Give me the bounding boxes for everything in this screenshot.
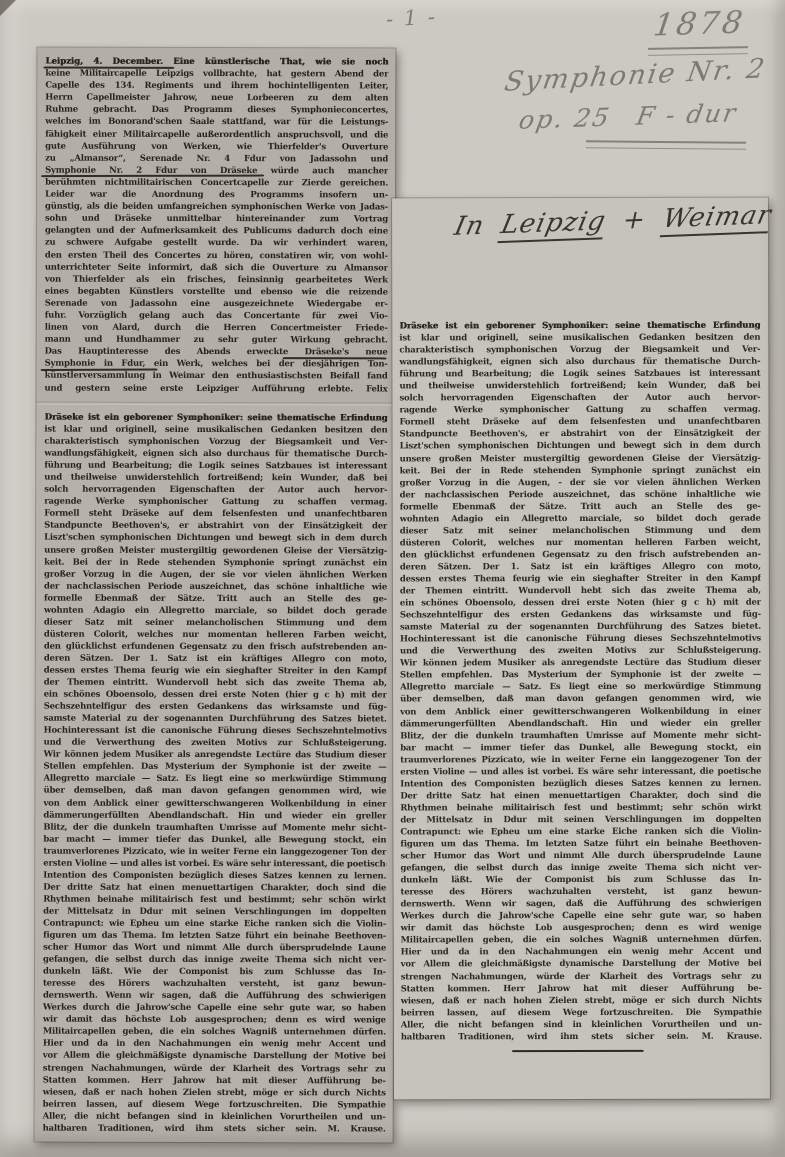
text-line: deren Sätzen. Der 1. Satz ist ein kräfti… — [400, 561, 761, 574]
text-line: wir damit das höchste Lob ausgesprochen;… — [401, 922, 762, 935]
scan-corner-artifact — [0, 0, 16, 16]
text-line: eines begabten Künstlers vorstellte und … — [45, 285, 388, 298]
text-line: Werkes durch die Jahrow'sche Capelle ein… — [401, 910, 762, 923]
text-line: keit. Bei der in Rede stehenden Symphoni… — [400, 464, 761, 477]
text-line: Capelle des 134. Regiments und ihrem hoc… — [45, 80, 388, 93]
text-line: ersten Violine — und alles ist vorbei. E… — [43, 857, 386, 870]
text-line: von dem Anblick einer gewitterschwangere… — [43, 797, 386, 810]
text-line: ragende Werke symphonischer Gattung zu s… — [399, 404, 760, 417]
text-line: düsteren Colorit, welches nur momentan h… — [400, 536, 761, 549]
text-line: und gestern seine erste Leipziger Auffüh… — [45, 382, 388, 395]
text-line: führung und Bearbeitung; die Logik seine… — [399, 368, 760, 381]
text-line: über demselben, daß man davon gefangen g… — [400, 693, 761, 706]
key-underline-mark — [586, 140, 746, 149]
text-line: Blitz, der die dunkeln traumhaften Umris… — [43, 821, 386, 834]
text-line: ein schönes Oboensolo, dessen drei erste… — [44, 689, 387, 702]
text-line: Statten kommen. Herr Jahrow hat mit dies… — [401, 982, 762, 995]
text-line: Standpuncte Beethoven's, er abstrahirt v… — [400, 428, 761, 441]
text-line: haltbaren Traditionen, wird ihm stets si… — [401, 1030, 762, 1043]
text-line: zu „Almansor“, Serenade Nr. 4 Fdur von J… — [45, 152, 388, 165]
concert-report-column: Leipzig, 4. December. Eine künstlerische… — [45, 56, 389, 396]
text-line: den ersten Theil des Concertes zu hören,… — [45, 249, 388, 262]
text-line: gefangen, die selbst durch das innige zw… — [43, 954, 386, 967]
text-line: Der dritte Satz hat einen menuettartigen… — [43, 881, 386, 894]
text-line: dessen erstes Thema feurig wie ein siegh… — [400, 573, 761, 586]
text-line: strengen Nachahmungen, würde der Klarhei… — [43, 1062, 386, 1075]
text-line: samste Material zu der sogenannten Durch… — [400, 621, 761, 634]
text-line: solch hervorragenden Eigenschaften der A… — [399, 392, 760, 405]
text-line: linen von Alard, durch die Herren Concer… — [45, 322, 388, 335]
text-line: Liszt'schen symphonischen Dichtungen und… — [44, 532, 387, 545]
text-line: düsteren Colorit, welches nur momentan h… — [44, 628, 387, 641]
text-line: ein schönes Oboensolo, dessen drei erste… — [400, 597, 761, 610]
text-line: unterrichteter Seite informirt, daß sich… — [45, 261, 388, 274]
text-line: wohnten Adagio ein Allegretto marciale, … — [400, 512, 761, 525]
text-line: traumverlorenes Pizzicato, wie in weiter… — [43, 845, 386, 858]
text-line: Intention des Componisten bezüglich dies… — [400, 777, 761, 790]
text-line: Militaircapellen geben, die ein solches … — [401, 934, 762, 947]
text-line: figuren um das Thema. Im letzten Satze f… — [400, 838, 761, 851]
text-line: Hochinteressant ist die canonische Führu… — [400, 633, 761, 646]
text-line: scher Humor das Wort und nimmt Alle durc… — [43, 942, 386, 955]
text-line: mann und Hundhammer zu sehr guter Wirkun… — [45, 334, 388, 347]
text-line: der nachclassischen Periode auszeichnet,… — [44, 580, 387, 593]
text-line: fuhr. Vorzüglich gelang auch das Concert… — [45, 310, 388, 323]
text-line: bar macht — immer tiefer das Dunkel, all… — [400, 741, 761, 754]
text-line: der nachclassischen Periode auszeichnet,… — [400, 488, 761, 501]
text-line: dunkeln läßt. Wie der Componist bis zum … — [43, 966, 386, 979]
text-line: Aller, die nicht befangen sind in kleinl… — [43, 1110, 386, 1123]
text-line: vor Allem die gleichmäßigste dynamische … — [401, 958, 762, 971]
location-prefix: In — [452, 211, 488, 242]
text-line: Rhythmen beinahe militairisch fest und b… — [43, 893, 386, 906]
text-line: über demselben, daß man davon gefangen g… — [43, 785, 386, 798]
opus-number: op. 25 — [517, 103, 614, 135]
review-column-left: Dräseke ist ein geborener Symphoniker: s… — [43, 412, 388, 1136]
text-line: dernswerth. Wenn wir sagen, daß die Auff… — [43, 990, 386, 1003]
text-line: Wir können jedem Musiker als anregendste… — [400, 657, 761, 670]
text-line: dunkeln läßt. Wie der Componist bis zum … — [400, 874, 761, 887]
text-line: den glücklichst erfundenen Gegensatz zu … — [400, 549, 761, 562]
text-line: wiesen, daß er nach hohen Zielen strebt,… — [43, 1086, 386, 1099]
text-line: der Themen eintritt. Wundervoll hebt sic… — [44, 677, 387, 690]
text-line: großer Vorzug in die Augen, der sie vor … — [44, 568, 387, 581]
text-line: unsere großen Meister mustergiltig gewor… — [400, 452, 761, 465]
text-line: von dem Anblick einer gewitterschwangere… — [400, 705, 761, 718]
text-line: und theilweise unwiderstehlich fortreiße… — [44, 472, 387, 485]
text-line: Standpuncte Beethoven's, er abstrahirt v… — [44, 520, 387, 533]
text-line: dessen erstes Thema feurig wie ein siegh… — [44, 665, 387, 678]
text-line: großer Vorzug in die Augen, - der sie vo… — [400, 476, 761, 489]
text-line: Militaircapellen geben, die ein solches … — [43, 1026, 386, 1039]
text-line: Sechszehntelfigur des ersten Gedankens d… — [400, 609, 761, 622]
text-line: und die Verwerthung des zweiten Motivs z… — [44, 737, 387, 750]
text-line: dieser Satz mit seiner melancholischen S… — [400, 524, 761, 537]
text-line: Allegretto marciale — Satz. Es liegt ein… — [44, 773, 387, 786]
text-line: ersten Violine — und alles ist vorbei. E… — [400, 765, 761, 778]
text-line: dämmerungerfüllten Abendlandschaft. Hin … — [43, 809, 386, 822]
text-line: teresse des Hörers wachzuhalten versteht… — [43, 978, 386, 991]
location-weimar: Weimar — [660, 200, 775, 237]
text-line: und die Verwerthung des zweiten Motivs z… — [400, 645, 761, 658]
key-name: F - dur — [634, 98, 740, 130]
text-line: Contrapunct: wie Epheu um eine starke Ei… — [43, 918, 386, 931]
year-annotation: 1878 — [651, 4, 747, 43]
text-line: ist klar und originell, seine musikalisc… — [44, 424, 387, 437]
text-line: beirren lassen, auf diesem Wege fortzusc… — [401, 1006, 762, 1019]
text-line: gute Ausführung von Werken, wie Thierfel… — [45, 140, 388, 153]
text-line: zu schwere Aufgabe gestellt wurde. Da wi… — [45, 237, 388, 250]
text-line: Hier und da in den Nachahmungen ein weni… — [401, 946, 762, 959]
text-line: samste Material zu der sogenannten Durch… — [44, 713, 387, 726]
text-line: Statten kommen. Herr Jahrow hat mit dies… — [43, 1074, 386, 1087]
text-line: künstlerversammlung in Weimar den enthus… — [45, 370, 388, 383]
text-line: formelle Ebenmaß der Sätze. Tritt auch a… — [400, 500, 761, 513]
location-annotation: In Leipzig + Weimar — [452, 200, 783, 242]
newspaper-clipping-right: In Leipzig + Weimar Dräseke ist ein gebo… — [392, 198, 770, 1100]
location-plus-sign: + — [620, 205, 649, 236]
text-line: vor Allem die gleichmäßigste dynamische … — [43, 1050, 386, 1063]
text-line: figuren um das Thema. Im letzten Satze f… — [43, 930, 386, 943]
text-line: dernswerth. Wenn wir sagen, daß die Auff… — [401, 898, 762, 911]
text-line: wir damit das höchste Lob ausgesprochen;… — [43, 1014, 386, 1027]
text-line: Formell steht Dräseke auf dem felsenfest… — [44, 508, 387, 521]
text-line: Rhythmen beinahe militairisch fest und b… — [400, 801, 761, 814]
text-line: Wir können jedem Musiker als anregendste… — [44, 749, 387, 762]
text-line: dämmerungerfüllten Abendlandschaft. Hin … — [400, 717, 761, 730]
text-line: den glücklichst erfundenen Gegensatz zu … — [44, 640, 387, 653]
text-line: formelle Ebenmaß der Sätze. Tritt auch a… — [44, 592, 387, 605]
text-line: führung und Bearbeitung; die Logik seine… — [44, 460, 387, 473]
draeseke-neue-underline-mark — [283, 357, 387, 359]
text-line: Dräseke ist ein geborener Symphoniker: s… — [399, 320, 760, 333]
text-line: der Themen eintritt. Wundervoll hebt sic… — [400, 585, 761, 598]
text-line: Allegretto marciale — Satz. Es liegt ein… — [400, 681, 761, 694]
text-line: fähigkeit einer Militaircapelle außerord… — [45, 128, 388, 141]
text-line: sohn und Dräseke unmittelbar hintereinan… — [45, 213, 388, 226]
text-line: von Thierfelder als ein frisches, feinsi… — [45, 273, 388, 286]
location-leipzig: Leipzig — [498, 206, 609, 243]
text-line: unsere großen Meister mustergiltig gewor… — [44, 544, 387, 557]
text-line: deren Sätzen. Der 1. Satz ist ein kräfti… — [44, 652, 387, 665]
newspaper-clipping-left: Leipzig, 4. December. Eine künstlerische… — [35, 48, 396, 1143]
text-line: traumverlorenes Pizzicato, wie in weiter… — [400, 753, 761, 766]
text-line: charakteristisch symphonischen Vorzug de… — [44, 436, 387, 449]
text-line: Formell steht Dräseke auf dem felsenfest… — [400, 416, 761, 429]
text-line: Contrapunct: wie Epheu um eine starke Ei… — [400, 826, 761, 839]
text-line: dieser Satz mit seiner melancholischen S… — [44, 616, 387, 629]
text-line: keit. Bei der in Rede stehenden Symphoni… — [44, 556, 387, 569]
text-line: Stellen empfehlen. Das Mysterium der Sym… — [400, 669, 761, 682]
text-line: ist klar und originell, seine musikalisc… — [399, 332, 760, 345]
review-column-right: Dräseke ist ein geborener Symphoniker: s… — [399, 320, 762, 1044]
text-line: welches im Bonorand'schen Saale stattfan… — [45, 116, 388, 129]
text-line: Hochinteressant ist die canonische Führu… — [44, 725, 387, 738]
text-line: und theilweise unwiderstehlich fortreiße… — [399, 380, 760, 393]
text-line: strengen Nachahmungen, würde der Klarhei… — [401, 970, 762, 983]
text-line: Blitz, der die dunkeln traumhaften Umris… — [400, 729, 761, 742]
text-line: wiesen, daß er nach hohen Zielen strebt,… — [401, 994, 762, 1007]
symphony-title-annotation: Symphonie Nr. 2 — [502, 53, 768, 98]
text-line: berühmten nichtmilitairischen Concertcap… — [45, 176, 388, 189]
dateline-underline-mark — [43, 67, 174, 69]
text-line: Serenade von Jadassohn eine ausgezeichne… — [45, 297, 388, 310]
text-line: bar macht — immer tiefer das Dunkel, all… — [43, 833, 386, 846]
text-line: Herrn Capellmeister Jahrow, neue Lorbeer… — [45, 92, 388, 105]
end-rule — [512, 1050, 644, 1052]
text-line: wandlungsfähigkeit, eignen sich also dur… — [399, 356, 760, 369]
text-line: Aller, die nicht befangen sind in kleinl… — [401, 1018, 762, 1031]
text-line: haltbaren Traditionen, wird ihm stets si… — [43, 1122, 386, 1135]
text-line: scher Humor das Wort und nimmt Alle durc… — [400, 850, 761, 863]
text-line: charakteristisch symphonischen Vorzug de… — [399, 344, 760, 357]
text-line: gefangen, die selbst durch das innige zw… — [400, 862, 761, 875]
text-line: teresse des Hörers wachzuhalten versteht… — [400, 886, 761, 899]
text-line: gelangten und der Aufmerksamkeit des Pub… — [45, 225, 388, 238]
text-line: wohnten Adagio ein Allegretto marciale, … — [44, 604, 387, 617]
text-line: der Mittelsatz in Ddur mit seinen Versch… — [400, 814, 761, 827]
text-line: der Mittelsatz in Ddur mit seinen Versch… — [43, 905, 386, 918]
text-line: Ruhme gebracht. Das Programm dieses Symp… — [45, 104, 388, 117]
text-line: Werkes durch die Jahrow'sche Capelle ein… — [43, 1002, 386, 1015]
text-line: Der dritte Satz hat einen menuettartigen… — [400, 789, 761, 802]
text-line: günstig, als die beiden umfangreichen sy… — [45, 201, 388, 214]
text-line: wandlungsfähigkeit, eignen sich also dur… — [44, 448, 387, 461]
text-line: Liszt'schen symphonischen Dichtungen und… — [400, 440, 761, 453]
text-line: Sechszehntelfigur des ersten Gedankens d… — [44, 701, 387, 714]
text-line: beirren lassen, auf diesem Wege fortzusc… — [43, 1098, 386, 1111]
text-line: solch hervorragenden Eigenschaften der A… — [44, 484, 387, 497]
text-line: Leider war die Anordnung des Programms i… — [45, 189, 388, 202]
text-line: Intention des Componisten bezüglich dies… — [43, 869, 386, 882]
text-line: ragende Werke symphonischer Gattung zu s… — [44, 496, 387, 509]
opus-key-annotation: op. 25 F - dur — [517, 98, 740, 135]
text-line: Hier und da in den Nachahmungen ein weni… — [43, 1038, 386, 1051]
text-line: Dräseke ist ein geborener Symphoniker: s… — [44, 412, 387, 425]
text-line: keine Militaircapelle Leipzigs vollbrach… — [45, 68, 388, 81]
text-line: Stellen empfehlen. Das Mysterium der Sym… — [44, 761, 387, 774]
page-number-annotation: - 1 - — [385, 5, 437, 32]
